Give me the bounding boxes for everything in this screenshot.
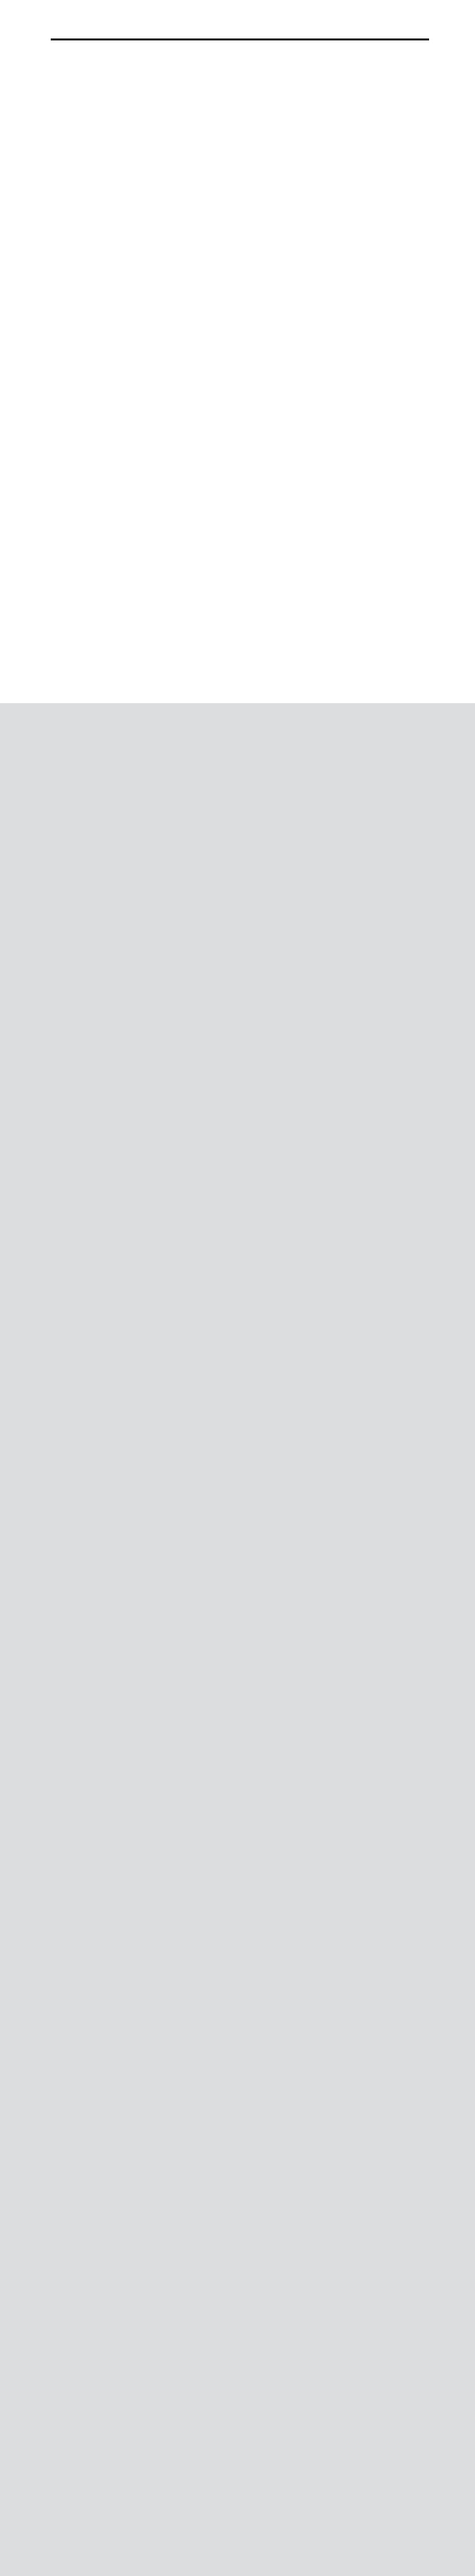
page-1	[0, 0, 475, 703]
title-rule	[51, 38, 429, 40]
